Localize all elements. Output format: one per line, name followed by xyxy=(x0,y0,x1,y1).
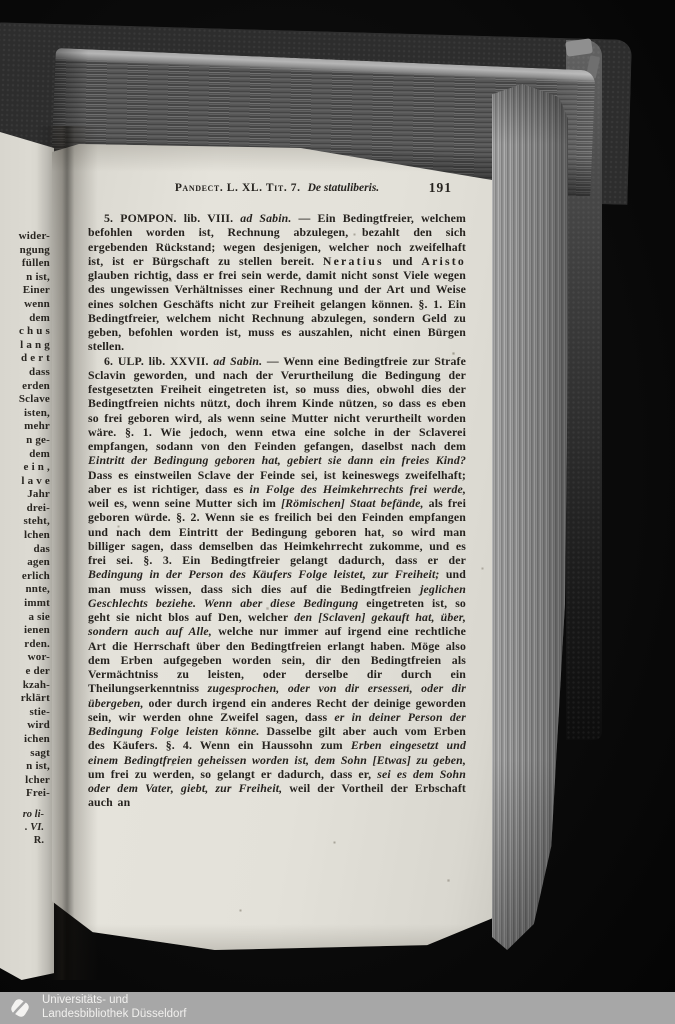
left-fragment-line: c h u s xyxy=(0,325,50,339)
left-fragment-line: Sclave xyxy=(0,393,50,407)
library-banner: Universitäts- und Landesbibliothek Düsse… xyxy=(0,992,675,1024)
book-page: Pandect. L. XL. Tit. 7.De statuliberis. … xyxy=(52,138,504,950)
paragraph: 6. ULP. lib. XXVII. ad Sabin. — Wenn ein… xyxy=(88,354,466,810)
left-fragment-line: ienen xyxy=(0,624,50,638)
left-fragment-line: e i n , xyxy=(0,461,50,475)
left-fragment-line: agen xyxy=(0,556,50,570)
running-title-section: De statuliberis. xyxy=(308,182,380,194)
left-page-lines: wider-ngungfüllenn ist,Einerwenndemc h u… xyxy=(0,230,50,801)
left-fragment-line: immt xyxy=(0,597,50,611)
running-title: Pandect. L. XL. Tit. 7.De statuliberis. xyxy=(175,182,379,194)
left-fragment-line: l a v e xyxy=(0,475,50,489)
left-fragment-line: n ist, xyxy=(0,760,50,774)
left-fragment-line: das xyxy=(0,543,50,557)
text-segment: ad Sabin. xyxy=(213,354,262,368)
left-fragment-line: rklärt xyxy=(0,692,50,706)
left-fragment-line: stie- xyxy=(0,706,50,720)
left-fragment-line: dem xyxy=(0,448,50,462)
text-segment: — Wenn eine Bedingtfreie zur Strafe Scla… xyxy=(88,354,466,454)
text-segment: 6. ULP. lib. XXVII. xyxy=(104,354,213,368)
paragraph: 5. POMPON. lib. VIII. ad Sabin. — Ein Be… xyxy=(88,211,466,354)
left-fragment-line: wor- xyxy=(0,651,50,665)
text-segment: 5. POMPON. lib. VIII. xyxy=(104,211,240,225)
left-fragment-line: n ist, xyxy=(0,271,50,285)
left-fragment-line: lchen xyxy=(0,529,50,543)
book-fore-edge xyxy=(492,84,568,950)
left-fragment-line: ichen xyxy=(0,733,50,747)
left-fragment-line: drei- xyxy=(0,502,50,516)
page-number: 191 xyxy=(429,180,452,196)
left-fragment-line: dem xyxy=(0,312,50,326)
library-name-line1: Universitäts- und xyxy=(42,994,186,1008)
left-page-fragment: wider-ngungfüllenn ist,Einerwenndemc h u… xyxy=(0,126,54,980)
text-segment: Bedingung in der Person des Käufers Folg… xyxy=(88,567,440,581)
text-segment: [Römischen] Staat befände, xyxy=(281,496,424,510)
text-segment: ad Sabin. xyxy=(240,211,291,225)
left-fragment-line: nnte, xyxy=(0,583,50,597)
text-segment: um frei zu werden, so gelangt er dadurch… xyxy=(88,767,377,781)
left-fragment-line: erden xyxy=(0,380,50,394)
left-fragment-line: l a n g xyxy=(0,339,50,353)
left-fragment-line: e der xyxy=(0,665,50,679)
left-fragment-line: füllen xyxy=(0,257,50,271)
left-footnote-line: R. xyxy=(23,834,44,847)
left-fragment-line: n ge- xyxy=(0,434,50,448)
left-fragment-line: wird xyxy=(0,719,50,733)
page-body: 5. POMPON. lib. VIII. ad Sabin. — Ein Be… xyxy=(88,211,466,810)
left-fragment-line: lcher xyxy=(0,774,50,788)
text-segment: Neratius xyxy=(323,254,384,268)
left-fragment-line: Jahr xyxy=(0,488,50,502)
left-fragment-line: rden. xyxy=(0,638,50,652)
text-segment: glauben richtig, dass er frei sein werde… xyxy=(88,268,466,353)
page-header: Pandect. L. XL. Tit. 7.De statuliberis. … xyxy=(88,182,466,200)
left-fragment-line: erlich xyxy=(0,570,50,584)
left-fragment-line: wider- xyxy=(0,230,50,244)
left-fragment-line: kzah- xyxy=(0,679,50,693)
library-name-line2: Landesbibliothek Düsseldorf xyxy=(42,1008,186,1022)
library-logo-icon xyxy=(6,994,34,1022)
left-fragment-line: steht, xyxy=(0,515,50,529)
text-segment: Eintritt der Bedingung geboren hat, gebi… xyxy=(88,453,466,467)
left-fragment-line: sagt xyxy=(0,747,50,761)
left-footnote-line: ro li- xyxy=(23,808,44,821)
left-page-footnote: ro li-. VI.R. xyxy=(23,808,44,847)
book-scan-photo: wider-ngungfüllenn ist,Einerwenndemc h u… xyxy=(0,0,675,1024)
left-fragment-line: d e r t xyxy=(0,352,50,366)
left-footnote-line: . VI. xyxy=(23,821,44,834)
text-segment: weil es, wenn seine Mutter sich im xyxy=(88,496,281,510)
text-segment: in Folge des Heimkehrrechts frei werde, xyxy=(250,482,466,496)
left-fragment-line: mehr xyxy=(0,420,50,434)
left-fragment-line: wenn xyxy=(0,298,50,312)
left-fragment-line: ngung xyxy=(0,244,50,258)
page-text-block: Pandect. L. XL. Tit. 7.De statuliberis. … xyxy=(88,182,466,810)
left-fragment-line: a sie xyxy=(0,611,50,625)
text-segment: und xyxy=(384,254,422,268)
left-fragment-line: Frei- xyxy=(0,787,50,801)
library-name: Universitäts- und Landesbibliothek Düsse… xyxy=(42,994,186,1021)
left-fragment-line: Einer xyxy=(0,284,50,298)
left-fragment-line: dass xyxy=(0,366,50,380)
running-title-citation: Pandect. L. XL. Tit. 7. xyxy=(175,182,301,194)
left-fragment-line: isten, xyxy=(0,407,50,421)
text-segment: Aristo xyxy=(421,254,466,268)
